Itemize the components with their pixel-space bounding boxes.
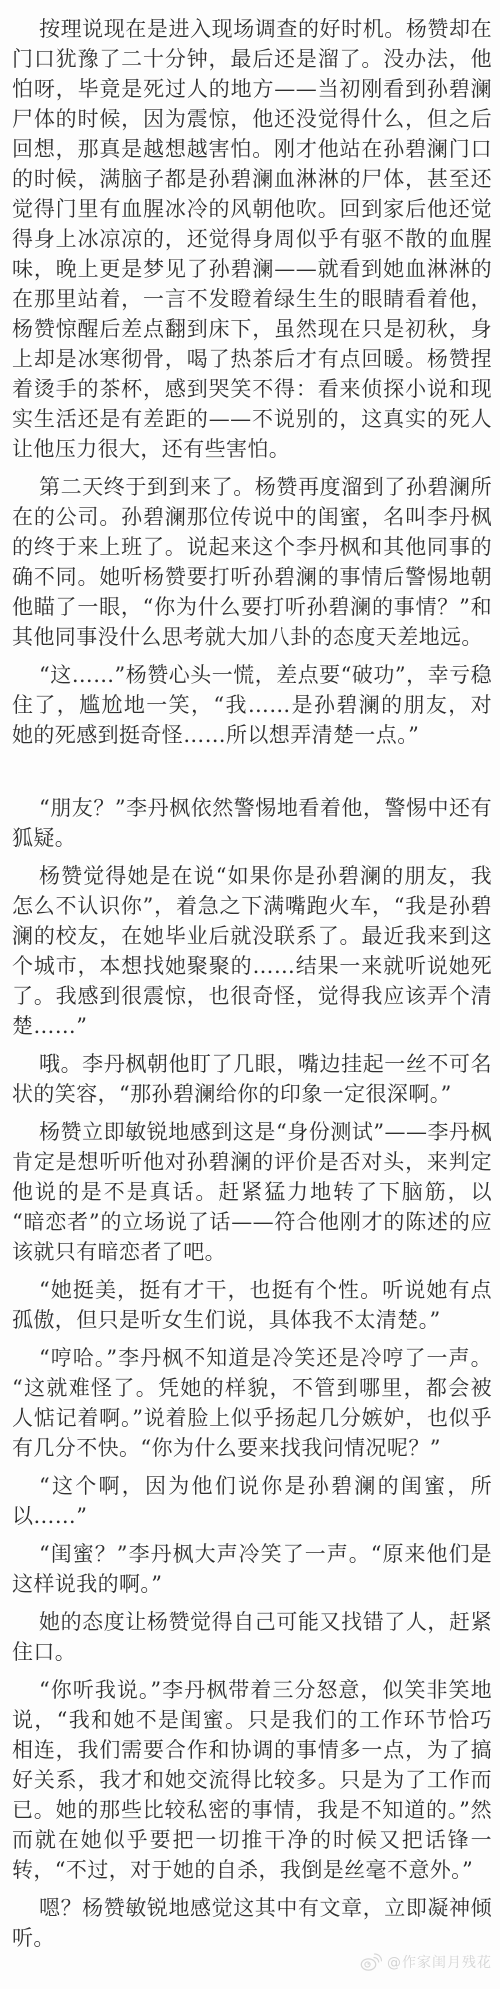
novel-paragraph: 哦。李丹枫朝他盯了几眼，嘴边挂起一丝不可名状的笑容，“那孙碧澜给你的印象一定很深… bbox=[12, 1049, 492, 1109]
novel-paragraph: “这……”杨赞心头一慌，差点要“破功”，幸亏稳住了，尴尬地一笑，“我……是孙碧澜… bbox=[12, 660, 492, 750]
novel-paragraph: 她的态度让杨赞觉得自己可能又找错了人，赶紧住口。 bbox=[12, 1607, 492, 1667]
novel-paragraph: “你听我说。”李丹枫带着三分怒意，似笑非笑地说，“我和她不是闺蜜。只是我们的工作… bbox=[12, 1675, 492, 1885]
novel-paragraph: “闺蜜？”李丹枫大声冷笑了一声。“原来他们是这样说我的啊。” bbox=[12, 1539, 492, 1599]
novel-page: 按理说现在是进入现场调查的好时机。杨赞却在门口犹豫了二十分钟，最后还是溜了。没办… bbox=[12, 14, 492, 1961]
novel-paragraph: 嗯？杨赞敏锐地感觉这其中有文章，立即凝神倾听。 bbox=[12, 1893, 492, 1953]
novel-paragraph: 杨赞立即敏锐地感到这是“身份测试”——李丹枫肯定是想听听他对孙碧澜的评价是否对头… bbox=[12, 1117, 492, 1267]
novel-paragraph: “哼哈。”李丹枫不知道是冷笑还是冷哼了一声。“这就难怪了。凭她的样貌，不管到哪里… bbox=[12, 1343, 492, 1463]
novel-paragraph: “朋友？”李丹枫依然警惕地看着他，警惕中还有狐疑。 bbox=[12, 793, 492, 853]
novel-paragraph: 按理说现在是进入现场调查的好时机。杨赞却在门口犹豫了二十分钟，最后还是溜了。没办… bbox=[12, 14, 492, 464]
novel-paragraph: 第二天终于到到来了。杨赞再度溜到了孙碧澜所在的公司。孙碧澜那位传说中的闺蜜，名叫… bbox=[12, 472, 492, 652]
novel-paragraph: “这个啊，因为他们说你是孙碧澜的闺蜜，所以……” bbox=[12, 1471, 492, 1531]
watermark: @作家闺月残花 bbox=[360, 1952, 492, 1972]
novel-paragraph: “她挺美，挺有才干，也挺有个性。听说她有点孤傲，但只是听女生们说，具体我不太清楚… bbox=[12, 1275, 492, 1335]
watermark-handle: @作家闺月残花 bbox=[387, 1952, 492, 1972]
weibo-logo-icon bbox=[360, 1953, 382, 1971]
novel-paragraph: 杨赞觉得她是在说“如果你是孙碧澜的朋友，我怎么不认识你”，着急之下满嘴跑火车，“… bbox=[12, 861, 492, 1041]
